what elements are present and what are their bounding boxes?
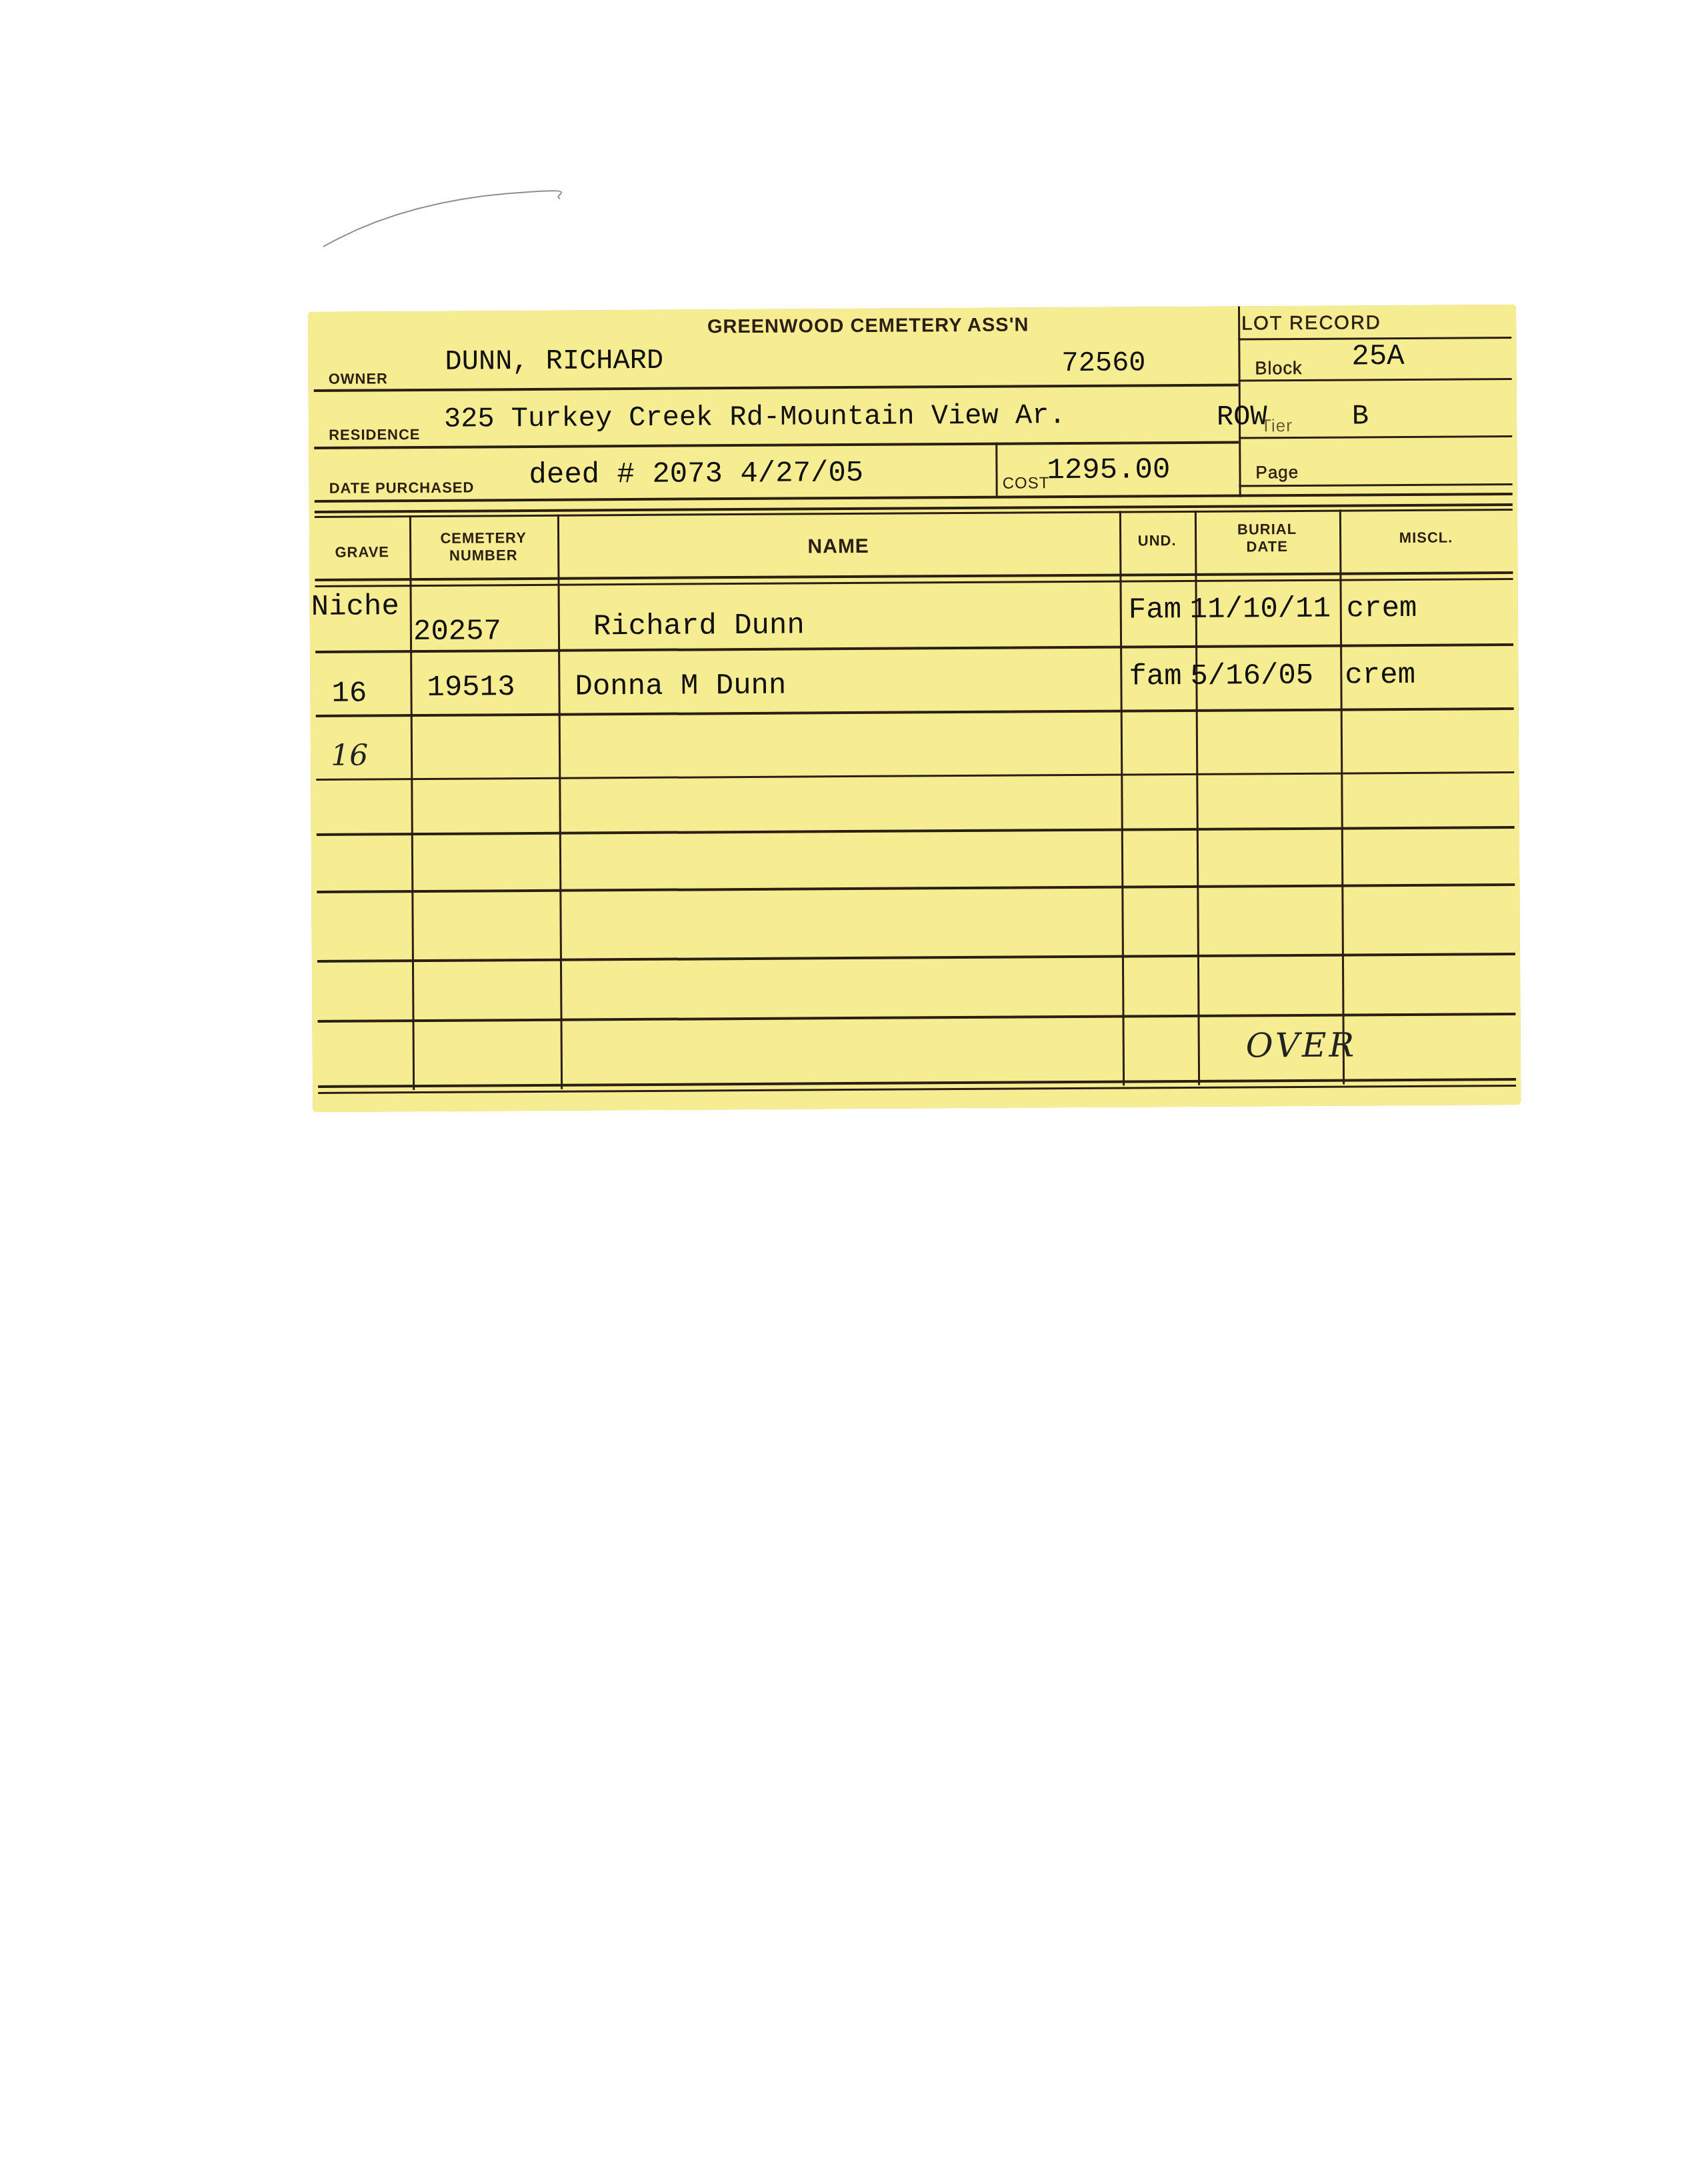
row-rule bbox=[317, 826, 1515, 836]
cost-label: COST bbox=[1003, 474, 1050, 493]
page-label: Page bbox=[1255, 462, 1299, 483]
handwritten-over-note: OVER bbox=[1246, 1025, 1357, 1065]
cell-burial-date: 5/16/05 bbox=[1190, 659, 1313, 693]
col-header-burial-line2: DATE bbox=[1195, 538, 1339, 556]
cost-divider bbox=[995, 443, 997, 496]
row-rule bbox=[317, 953, 1515, 963]
block-value: 25A bbox=[1351, 340, 1405, 373]
cell-cemetery-number: 20257 bbox=[413, 615, 501, 649]
col-header-und: UND. bbox=[1119, 532, 1195, 550]
col-header-cemetery-number: CEMETERY NUMBER bbox=[409, 529, 557, 565]
cell-und: fam bbox=[1129, 660, 1182, 693]
row-rule bbox=[316, 707, 1514, 717]
col-header-cemetery-line1: CEMETERY bbox=[409, 529, 557, 547]
cell-cemetery-number: 19513 bbox=[427, 671, 515, 705]
cell-name: Donna M Dunn bbox=[575, 669, 786, 704]
row-typed-label: ROW bbox=[1217, 401, 1267, 433]
divider bbox=[314, 383, 1239, 391]
column-line bbox=[409, 515, 415, 1090]
divider bbox=[1239, 483, 1513, 487]
cell-grave: Niche bbox=[311, 590, 399, 624]
cell-miscl: crem bbox=[1347, 592, 1417, 626]
lot-record-card: GREENWOOD CEMETERY ASS'N LOT RECORD OWNE… bbox=[308, 305, 1521, 1112]
block-label: Block bbox=[1255, 358, 1302, 379]
pencil-stroke bbox=[310, 180, 563, 253]
table-row: 16 bbox=[308, 305, 1516, 312]
residence-label: RESIDENCE bbox=[329, 426, 421, 444]
table-row: 16 19513 Donna M Dunn fam 5/16/05 crem bbox=[308, 305, 1516, 312]
cell-grave-handwritten: 16 bbox=[331, 738, 368, 772]
lot-record-label: LOT RECORD bbox=[1241, 312, 1381, 335]
cell-grave: 16 bbox=[331, 677, 367, 710]
cell-name: Richard Dunn bbox=[593, 609, 805, 643]
row-rule bbox=[317, 1013, 1515, 1023]
owner-value: DUNN, RICHARD bbox=[445, 345, 663, 378]
cell-miscl: crem bbox=[1345, 659, 1415, 693]
col-header-miscl: MISCL. bbox=[1339, 529, 1513, 547]
row-value: B bbox=[1352, 400, 1369, 432]
divider bbox=[314, 441, 1239, 449]
owner-number: 72560 bbox=[1061, 347, 1145, 379]
col-header-burial-line1: BURIAL bbox=[1195, 521, 1339, 539]
cost-value: 1295.00 bbox=[1047, 453, 1170, 487]
owner-label: OWNER bbox=[329, 370, 388, 388]
table-row: Niche 20257 Richard Dunn Fam 11/10/11 cr… bbox=[308, 305, 1516, 312]
row-rule bbox=[317, 883, 1515, 893]
col-header-cemetery-line2: NUMBER bbox=[409, 547, 557, 565]
col-header-name: NAME bbox=[557, 534, 1119, 560]
col-header-burial-date: BURIAL DATE bbox=[1195, 521, 1339, 556]
col-header-grave: GRAVE bbox=[315, 543, 409, 561]
cell-burial-date: 11/10/11 bbox=[1190, 593, 1331, 627]
divider bbox=[315, 493, 1513, 503]
column-line bbox=[1339, 510, 1345, 1085]
row-rule bbox=[316, 771, 1514, 781]
cell-und: Fam bbox=[1129, 593, 1182, 627]
date-purchased-label: DATE PURCHASED bbox=[329, 479, 475, 497]
date-purchased-value: deed # 2073 4/27/05 bbox=[529, 457, 863, 492]
residence-value: 325 Turkey Creek Rd-Mountain View Ar. bbox=[444, 399, 1066, 435]
column-line bbox=[557, 515, 563, 1089]
column-line bbox=[1119, 511, 1125, 1086]
cemetery-title: GREENWOOD CEMETERY ASS'N bbox=[628, 314, 1108, 339]
